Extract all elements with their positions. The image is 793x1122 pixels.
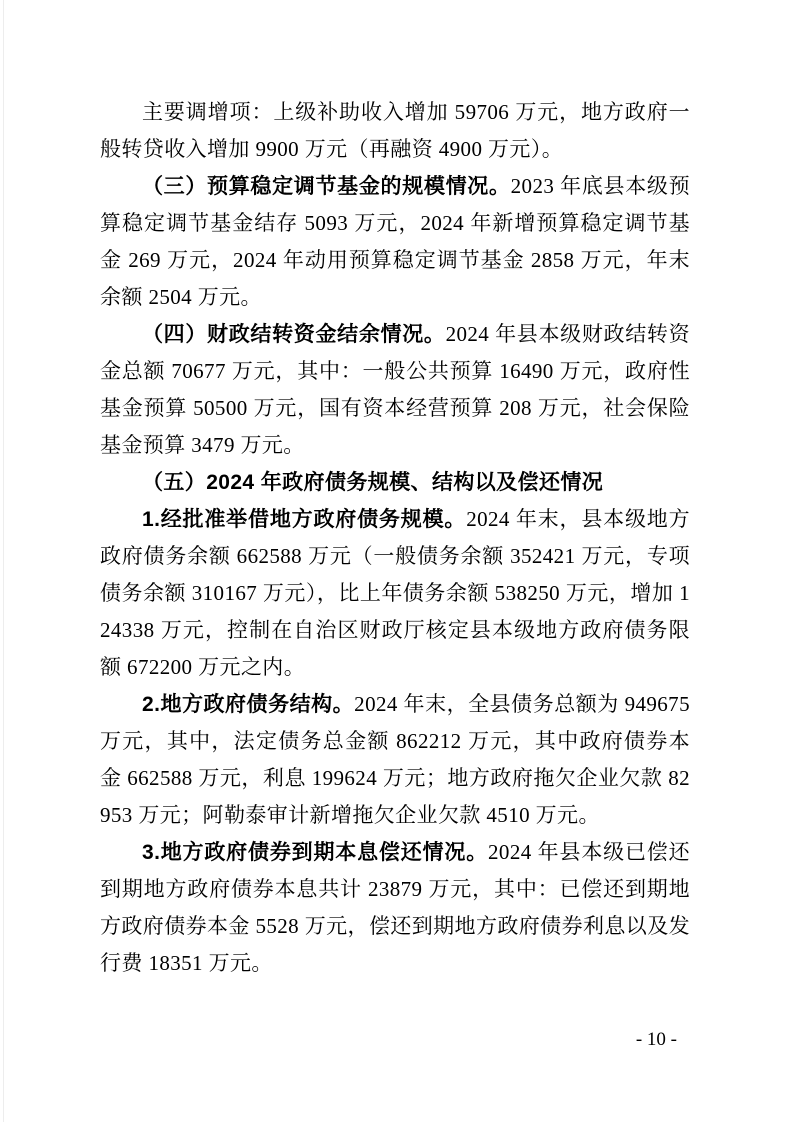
paragraph-adjustment-items: 主要调增项：上级补助收入增加 59706 万元，地方政府一般转贷收入增加 990… <box>100 94 690 168</box>
paragraph-section-3-budget-stabilization-fund: （三）预算稳定调节基金的规模情况。2023 年底县本级预算稳定调节基金结存 50… <box>100 168 690 316</box>
paragraph-section-4-carryover-funds: （四）财政结转资金结余情况。2024 年县本级财政结转资金总额 70677 万元… <box>100 316 690 464</box>
paragraph-debt-repayment: 3.地方政府债券到期本息偿还情况。2024 年县本级已偿还到期地方政府债券本息共… <box>100 834 690 982</box>
subsection-heading: 3.地方政府债券到期本息偿还情况。 <box>142 841 488 864</box>
subsection-heading: 2.地方政府债务结构。 <box>142 693 354 716</box>
paragraph-text: 2024 年末，县本级地方政府债务余额 662588 万元（一般债务余额 352… <box>100 507 690 679</box>
paragraph-text: 主要调增项：上级补助收入增加 59706 万元，地方政府一般转贷收入增加 990… <box>100 100 690 161</box>
paragraph-debt-structure: 2.地方政府债务结构。2024 年末，全县债务总额为 949675 万元，其中，… <box>100 686 690 834</box>
page-number: - 10 - <box>0 1027 677 1053</box>
paragraph-debt-scale: 1.经批准举借地方政府债务规模。2024 年末，县本级地方政府债务余额 6625… <box>100 501 690 686</box>
page-edge-line <box>3 0 4 1122</box>
section-heading: （五）2024 年政府债务规模、结构以及偿还情况 <box>142 471 603 494</box>
document-body: 主要调增项：上级补助收入增加 59706 万元，地方政府一般转贷收入增加 990… <box>100 94 690 982</box>
section-heading: （三）预算稳定调节基金的规模情况。 <box>142 175 511 198</box>
subsection-heading: 1.经批准举借地方政府债务规模。 <box>142 508 466 531</box>
section-heading: （四）财政结转资金结余情况。 <box>142 323 446 346</box>
paragraph-section-5-debt-heading: （五）2024 年政府债务规模、结构以及偿还情况 <box>100 464 690 501</box>
document-page: 主要调增项：上级补助收入增加 59706 万元，地方政府一般转贷收入增加 990… <box>0 0 793 1122</box>
